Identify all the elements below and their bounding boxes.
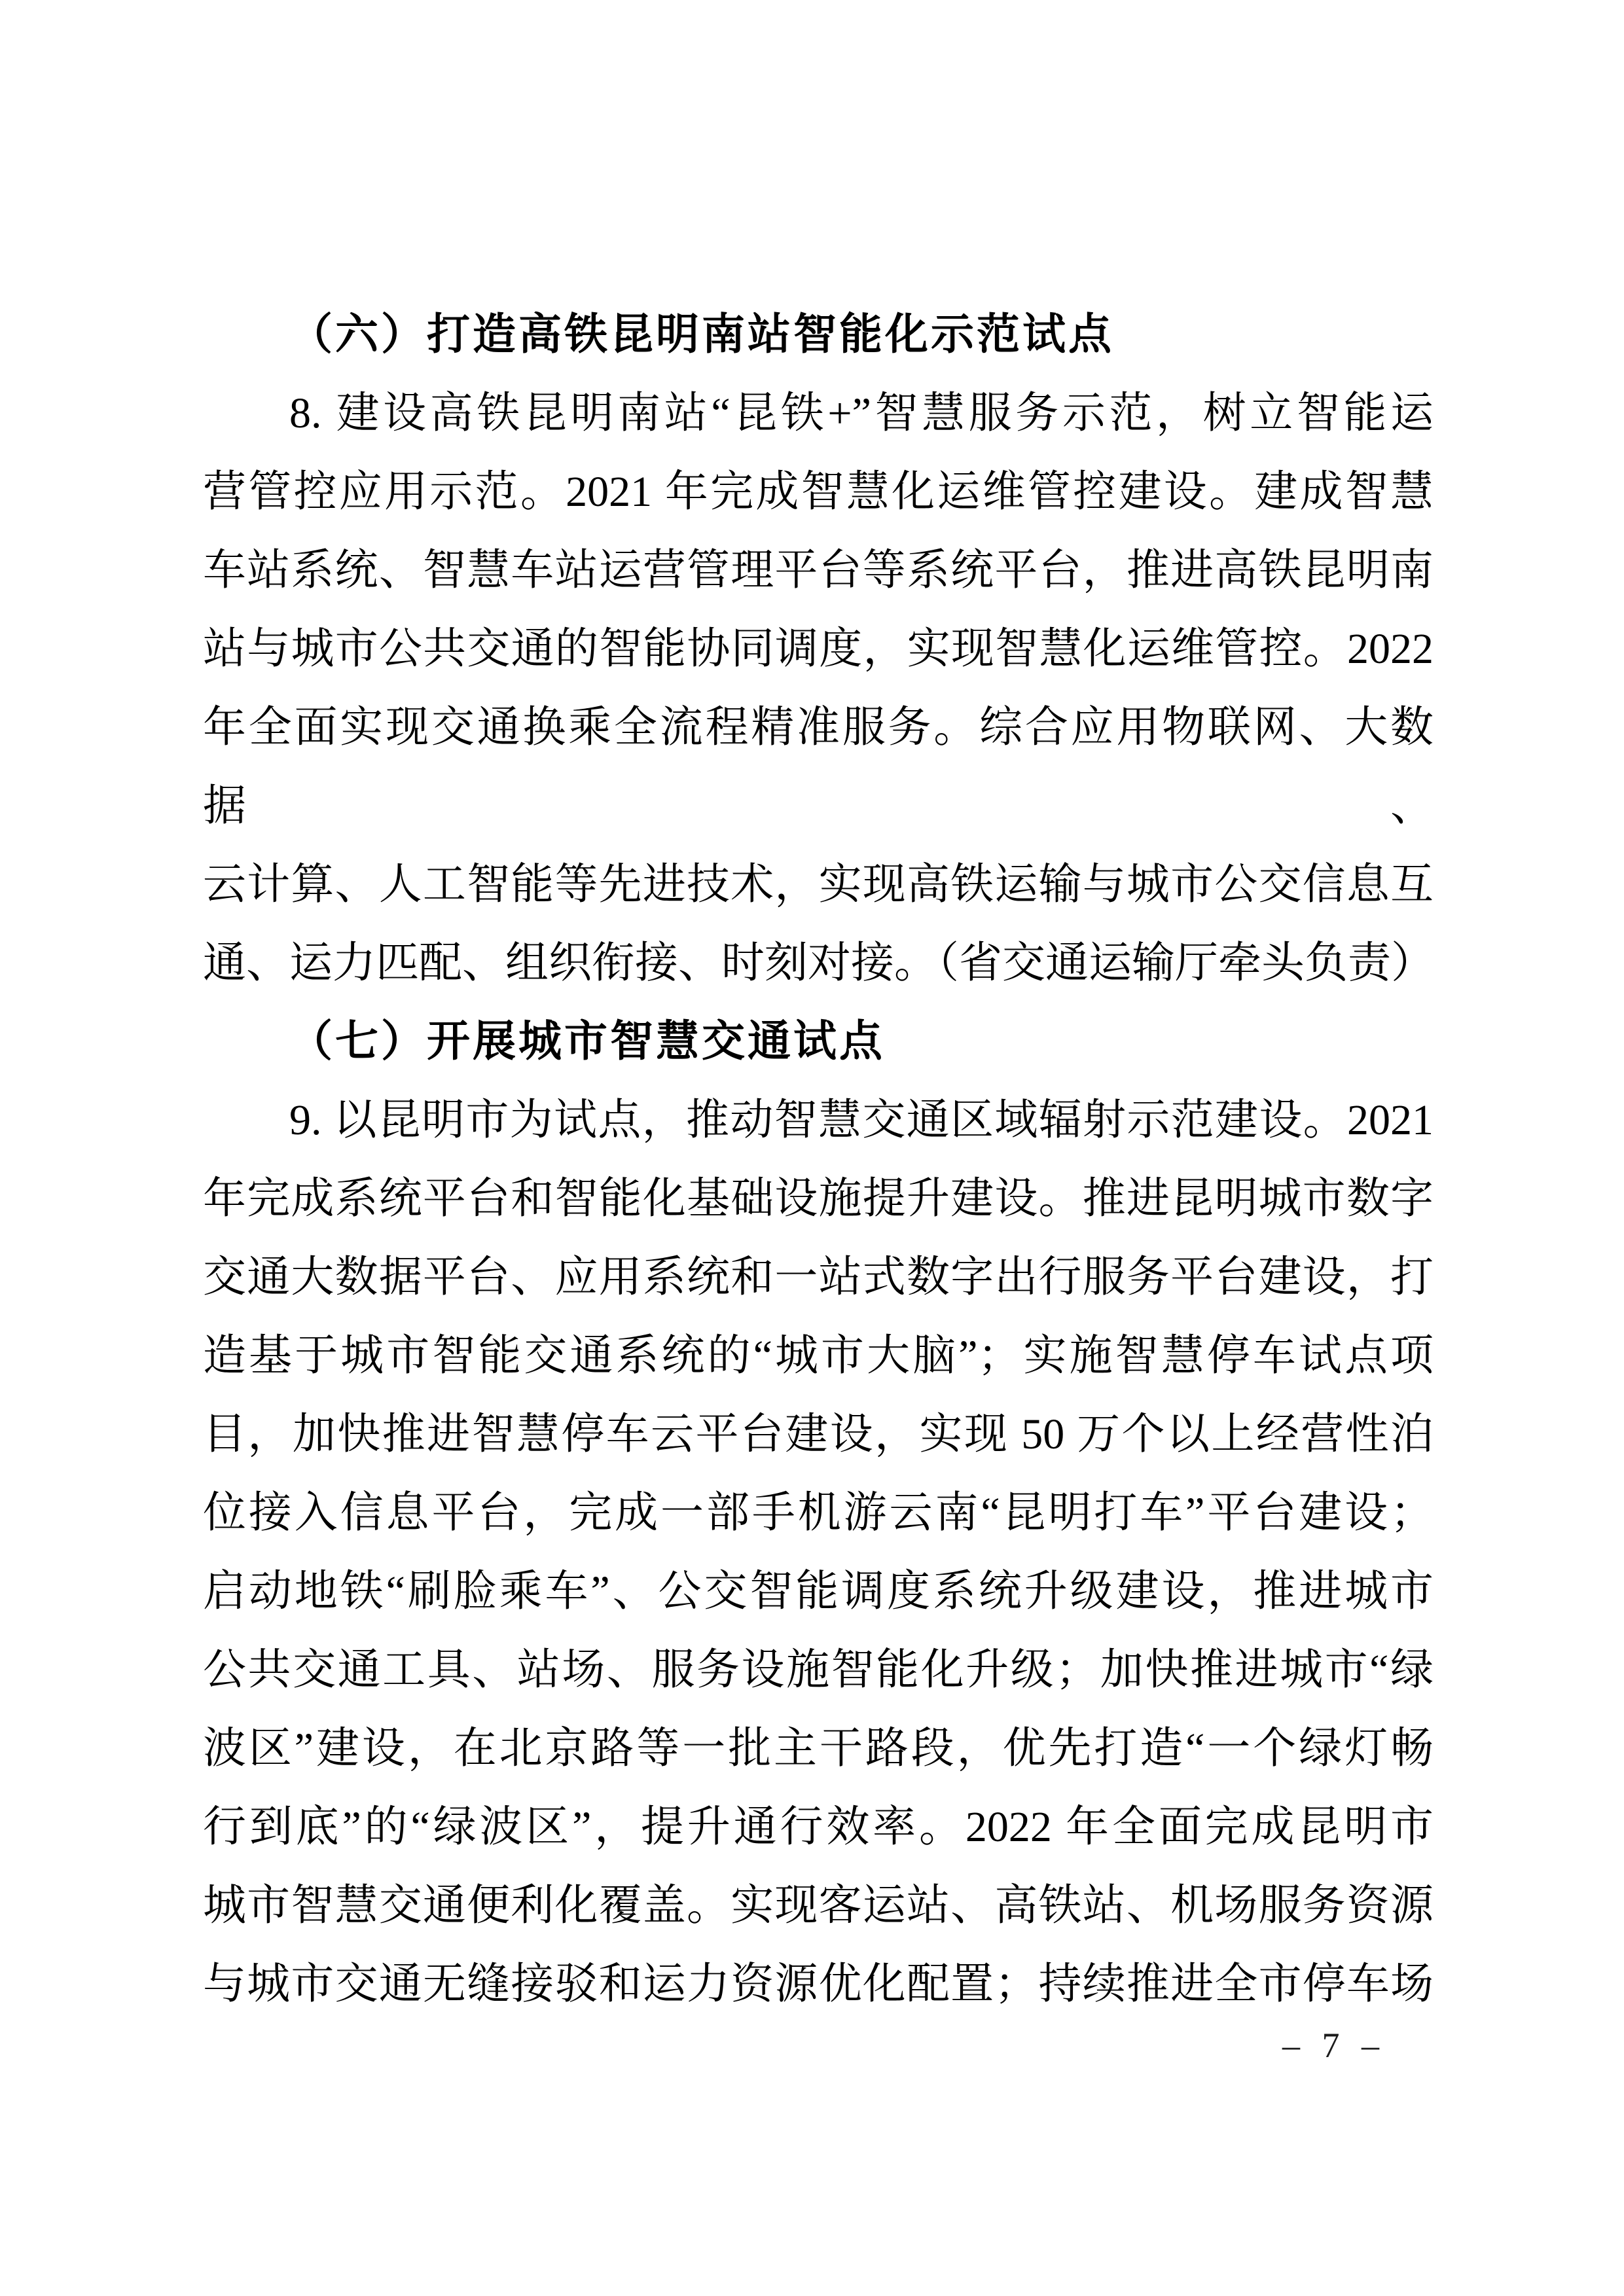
para-8-line-5: 年全面实现交通换乘全流程精准服务。综合应用物联网、大数据、 <box>203 689 1434 846</box>
section-6-heading: （六）打造高铁昆明南站智能化示范试点 <box>203 296 1434 374</box>
para-9-line-5: 目，加快推进智慧停车云平台建设，实现 50 万个以上经营性泊 <box>203 1395 1434 1474</box>
document-body: （六）打造高铁昆明南站智能化示范试点 8. 建设高铁昆明南站“昆铁+”智慧服务示… <box>203 296 1434 2024</box>
para-9-line-4: 造基于城市智能交通系统的“城市大脑”；实施智慧停车试点项 <box>203 1317 1434 1395</box>
para-9-line-10: 行到底”的“绿波区”，提升通行效率。2022 年全面完成昆明市 <box>203 1788 1434 1867</box>
para-9-line-3: 交通大数据平台、应用系统和一站式数字出行服务平台建设，打 <box>203 1238 1434 1317</box>
para-8-line-6: 云计算、人工智能等先进技术，实现高铁运输与城市公交信息互 <box>203 846 1434 924</box>
para-9-line-9: 波区”建设，在北京路等一批主干路段，优先打造“一个绿灯畅 <box>203 1710 1434 1788</box>
para-9-line-2: 年完成系统平台和智能化基础设施提升建设。推进昆明城市数字 <box>203 1160 1434 1238</box>
document-page: （六）打造高铁昆明南站智能化示范试点 8. 建设高铁昆明南站“昆铁+”智慧服务示… <box>0 0 1624 2296</box>
para-9-line-1: 9. 以昆明市为试点，推动智慧交通区域辐射示范建设。2021 <box>203 1081 1434 1160</box>
para-9-line-12: 与城市交通无缝接驳和运力资源优化配置；持续推进全市停车场 <box>203 1945 1434 2024</box>
para-9-line-7: 启动地铁“刷脸乘车”、公交智能调度系统升级建设，推进城市 <box>203 1552 1434 1631</box>
para-8-line-3: 车站系统、智慧车站运营管理平台等系统平台，推进高铁昆明南 <box>203 531 1434 610</box>
para-9-line-8: 公共交通工具、站场、服务设施智能化升级；加快推进城市“绿 <box>203 1631 1434 1710</box>
para-9-line-11: 城市智慧交通便利化覆盖。实现客运站、高铁站、机场服务资源 <box>203 1867 1434 1945</box>
para-8-line-1: 8. 建设高铁昆明南站“昆铁+”智慧服务示范，树立智能运 <box>203 374 1434 453</box>
para-8-line-2: 营管控应用示范。2021 年完成智慧化运维管控建设。建成智慧 <box>203 453 1434 531</box>
page-number: – 7 – <box>1282 2026 1386 2065</box>
para-8-line-7: 通、运力匹配、组织衔接、时刻对接。（省交通运输厅牵头负责） <box>203 924 1434 1003</box>
section-7-heading: （七）开展城市智慧交通试点 <box>203 1003 1434 1081</box>
para-8-line-4: 站与城市公共交通的智能协同调度，实现智慧化运维管控。2022 <box>203 610 1434 689</box>
para-9-line-6: 位接入信息平台，完成一部手机游云南“昆明打车”平台建设； <box>203 1474 1434 1552</box>
page-footer: – 7 – <box>1282 2016 1386 2075</box>
